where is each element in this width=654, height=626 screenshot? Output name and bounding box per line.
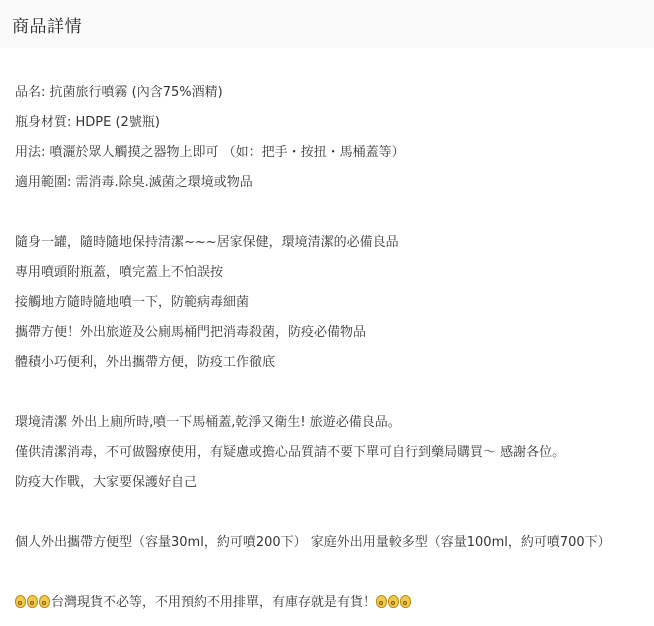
product-description: 品名: 抗菌旅行噴霧 (內含75%酒精) 瓶身材質: HDPE (2號瓶) 用法… (0, 48, 654, 618)
note-line: 防疫大作戰，大家要保護好自己 (15, 468, 639, 498)
stock-notice-text: 台灣現貨不必等，不用預約不用排單，有庫存就是有貨！ (51, 595, 376, 610)
feature-line: 專用噴頭附瓶蓋，噴完蓋上不怕誤按 (15, 258, 639, 288)
spec-product-name: 品名: 抗菌旅行噴霧 (內含75%酒精) (15, 78, 639, 108)
feature-line: 接觸地方隨時隨地噴一下，防範病毒細菌 (15, 288, 639, 318)
spec-bottle-material: 瓶身材質: HDPE (2號瓶) (15, 108, 639, 138)
note-line: 環境清潔 外出上廁所時,噴一下馬桶蓋,乾淨又衛生! 旅遊必備良品。 (15, 408, 639, 438)
size-options: 個人外出攜帶方便型（容量30ml，約可噴200下） 家庭外出用量較多型（容量10… (15, 528, 639, 558)
ok-hand-icon (376, 595, 387, 608)
spec-scope: 適用範圍: 需消毒.除臭.滅菌之環境或物品 (15, 168, 639, 198)
spacer (15, 558, 639, 588)
feature-line: 隨身一罐，隨時隨地保持清潔~~~居家保健，環境清潔的必備良品 (15, 228, 639, 258)
spec-usage: 用法: 噴灑於眾人觸摸之器物上即可 （如：把手・按扭・馬桶蓋等） (15, 138, 639, 168)
spacer (15, 48, 639, 78)
note-line: 僅供清潔消毒，不可做醫療使用，有疑慮或擔心品質請不要下單可自行到藥局購買～ 感謝… (15, 438, 639, 468)
spacer (15, 498, 639, 528)
ok-hand-icon (400, 595, 411, 608)
ok-hand-icon (39, 595, 50, 608)
stock-notice: 台灣現貨不必等，不用預約不用排單，有庫存就是有貨！ (15, 588, 639, 618)
feature-line: 體積小巧便利，外出攜帶方便，防疫工作徹底 (15, 348, 639, 378)
section-title: 商品詳情 (12, 12, 82, 37)
ok-hand-icon (27, 595, 38, 608)
spacer (15, 198, 639, 228)
ok-hand-icon (388, 595, 399, 608)
product-detail-page: 商品詳情 品名: 抗菌旅行噴霧 (內含75%酒精) 瓶身材質: HDPE (2號… (0, 0, 654, 618)
spacer (15, 378, 639, 408)
feature-line: 攜帶方便！外出旅遊及公廁馬桶門把消毒殺菌，防疫必備物品 (15, 318, 639, 348)
ok-hand-icon (15, 595, 26, 608)
section-header: 商品詳情 (0, 0, 654, 48)
